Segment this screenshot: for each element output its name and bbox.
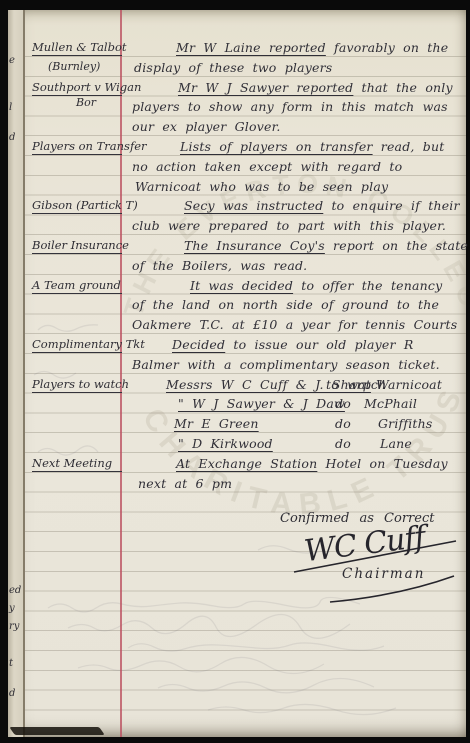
margin-note-southport-wigan: Southport v Wigan [32,80,122,96]
edge-ink-fragment: e [9,55,15,66]
body-line-text: that the only [353,80,452,95]
margin-note-next-meeting: Next Meeting [32,456,122,472]
watch-row: Mr E Green [174,416,259,431]
body-line-text: no action taken except with regard to [132,159,402,174]
body-line-underlined: Mr W J Sawyer reported [178,80,353,95]
margin-rule-line [120,10,122,737]
margin-note-players-on-transfer: Players on Transfer [32,139,122,155]
body-line-underlined: It was decided [190,278,293,293]
edge-ink-fragment: ry [9,621,19,632]
margin-note-bor: Bor [76,96,96,109]
chairman-title: Chairman [342,566,425,582]
watch-action: do [335,416,351,431]
body-line: Oakmere T.C. at £10 a year for tennis Co… [132,317,457,332]
body-line-text: players to show any form in this match w… [132,99,448,114]
body-line: At Exchange Station Hotel on Tuesday [176,456,448,471]
body-line: Warnicoat who was to be seen play [135,179,388,194]
margin-note-players-to-watch: Players to watch [32,377,122,393]
watch-name: " W J Sawyer & J Daw [178,396,345,411]
body-line: no action taken except with regard to [132,159,402,174]
body-line-text: Oakmere T.C. at £10 a year for tennis Co… [132,317,457,332]
edge-ink-fragment: l [9,102,12,113]
body-line-underlined: Lists of players on transfer [180,139,373,154]
watch-row: " D Kirkwood [178,436,273,451]
body-line-underlined: At Exchange Station [176,456,317,471]
edge-ink-fragment: y [9,603,15,614]
body-line-underlined: The Insurance Coy's [184,238,325,253]
body-line-text: our ex player Glover. [132,119,281,134]
body-line-text: report on the state [325,238,468,253]
body-line-text: Hotel on Tuesday [317,456,447,471]
watch-action: do [335,436,351,451]
body-line: Balmer with a complimentary season ticke… [132,357,440,372]
body-line-text: favorably on the [326,40,449,55]
body-line: of the land on north side of ground to t… [132,297,439,312]
margin-note-a-team-ground: A Team ground [32,278,122,294]
previous-page-edge: e l d ed y ry t d [8,10,25,737]
watch-action: do [335,396,351,411]
body-line: of the Boilers, was read. [132,258,307,273]
body-line-text: to offer the tenancy [293,278,442,293]
body-line-underlined: Mr W Laine reported [176,40,326,55]
watch-target: Warnicoat [376,377,442,392]
margin-note-boiler-insurance: Boiler Insurance [32,238,122,254]
watch-row: " W J Sawyer & J Daw [178,396,345,411]
watch-target: Lane [380,436,412,451]
watch-name: " D Kirkwood [178,436,273,451]
edge-ink-fragment: t [9,658,13,669]
watch-target: McPhail [364,396,417,411]
body-line: Lists of players on transfer read, but [180,139,444,154]
body-line-text: of the Boilers, was read. [132,258,307,273]
body-line-underlined: Secy was instructed [184,198,323,213]
body-line: Decided to issue our old player R [172,337,413,352]
edge-ink-fragment: d [9,688,15,699]
body-line: The Insurance Coy's report on the state [184,238,468,253]
body-line: It was decided to offer the tenancy [190,278,442,293]
body-line-text: of the land on north side of ground to t… [132,297,439,312]
body-line: Mr W J Sawyer reported that the only [178,80,453,95]
body-line-text: Warnicoat who was to be seen play [135,179,388,194]
body-line-underlined: Decided [172,337,225,352]
scanned-minute-book-page: THE EVERTON COLLECTION CHARITABLE TRUST [0,0,470,743]
page-curl-shadow [9,727,105,735]
margin-note-burnley: (Burnley) [48,60,100,73]
body-line: club were prepared to part with this pla… [132,218,446,233]
watch-name: Mr E Green [174,416,259,431]
body-line: Secy was instructed to enquire if their [184,198,460,213]
body-line: display of these two players [134,60,332,75]
body-line-text: Balmer with a complimentary season ticke… [132,357,440,372]
body-line-text: to issue our old player R [225,337,413,352]
body-line: Mr W Laine reported favorably on the [176,40,448,55]
body-line-text: to enquire if their [323,198,459,213]
body-line: players to show any form in this match w… [132,99,448,114]
body-line-text: club were prepared to part with this pla… [132,218,446,233]
notebook-page: THE EVERTON COLLECTION CHARITABLE TRUST [8,10,466,737]
margin-note-gibson: Gibson (Partick T) [32,198,122,214]
margin-note-complimentary-tkt: Complimentary Tkt [32,337,122,353]
edge-ink-fragment: ed [9,585,21,596]
edge-ink-fragment: d [9,132,15,143]
body-line: our ex player Glover. [132,119,281,134]
margin-note-mullen-talbot: Mullen & Talbot [32,40,122,56]
body-line-text: display of these two players [134,60,332,75]
body-line-text: read, but [373,139,445,154]
body-line: next at 6 pm [138,476,232,491]
watch-target: Griffiths [378,416,433,431]
body-line-text: next at 6 pm [138,476,232,491]
